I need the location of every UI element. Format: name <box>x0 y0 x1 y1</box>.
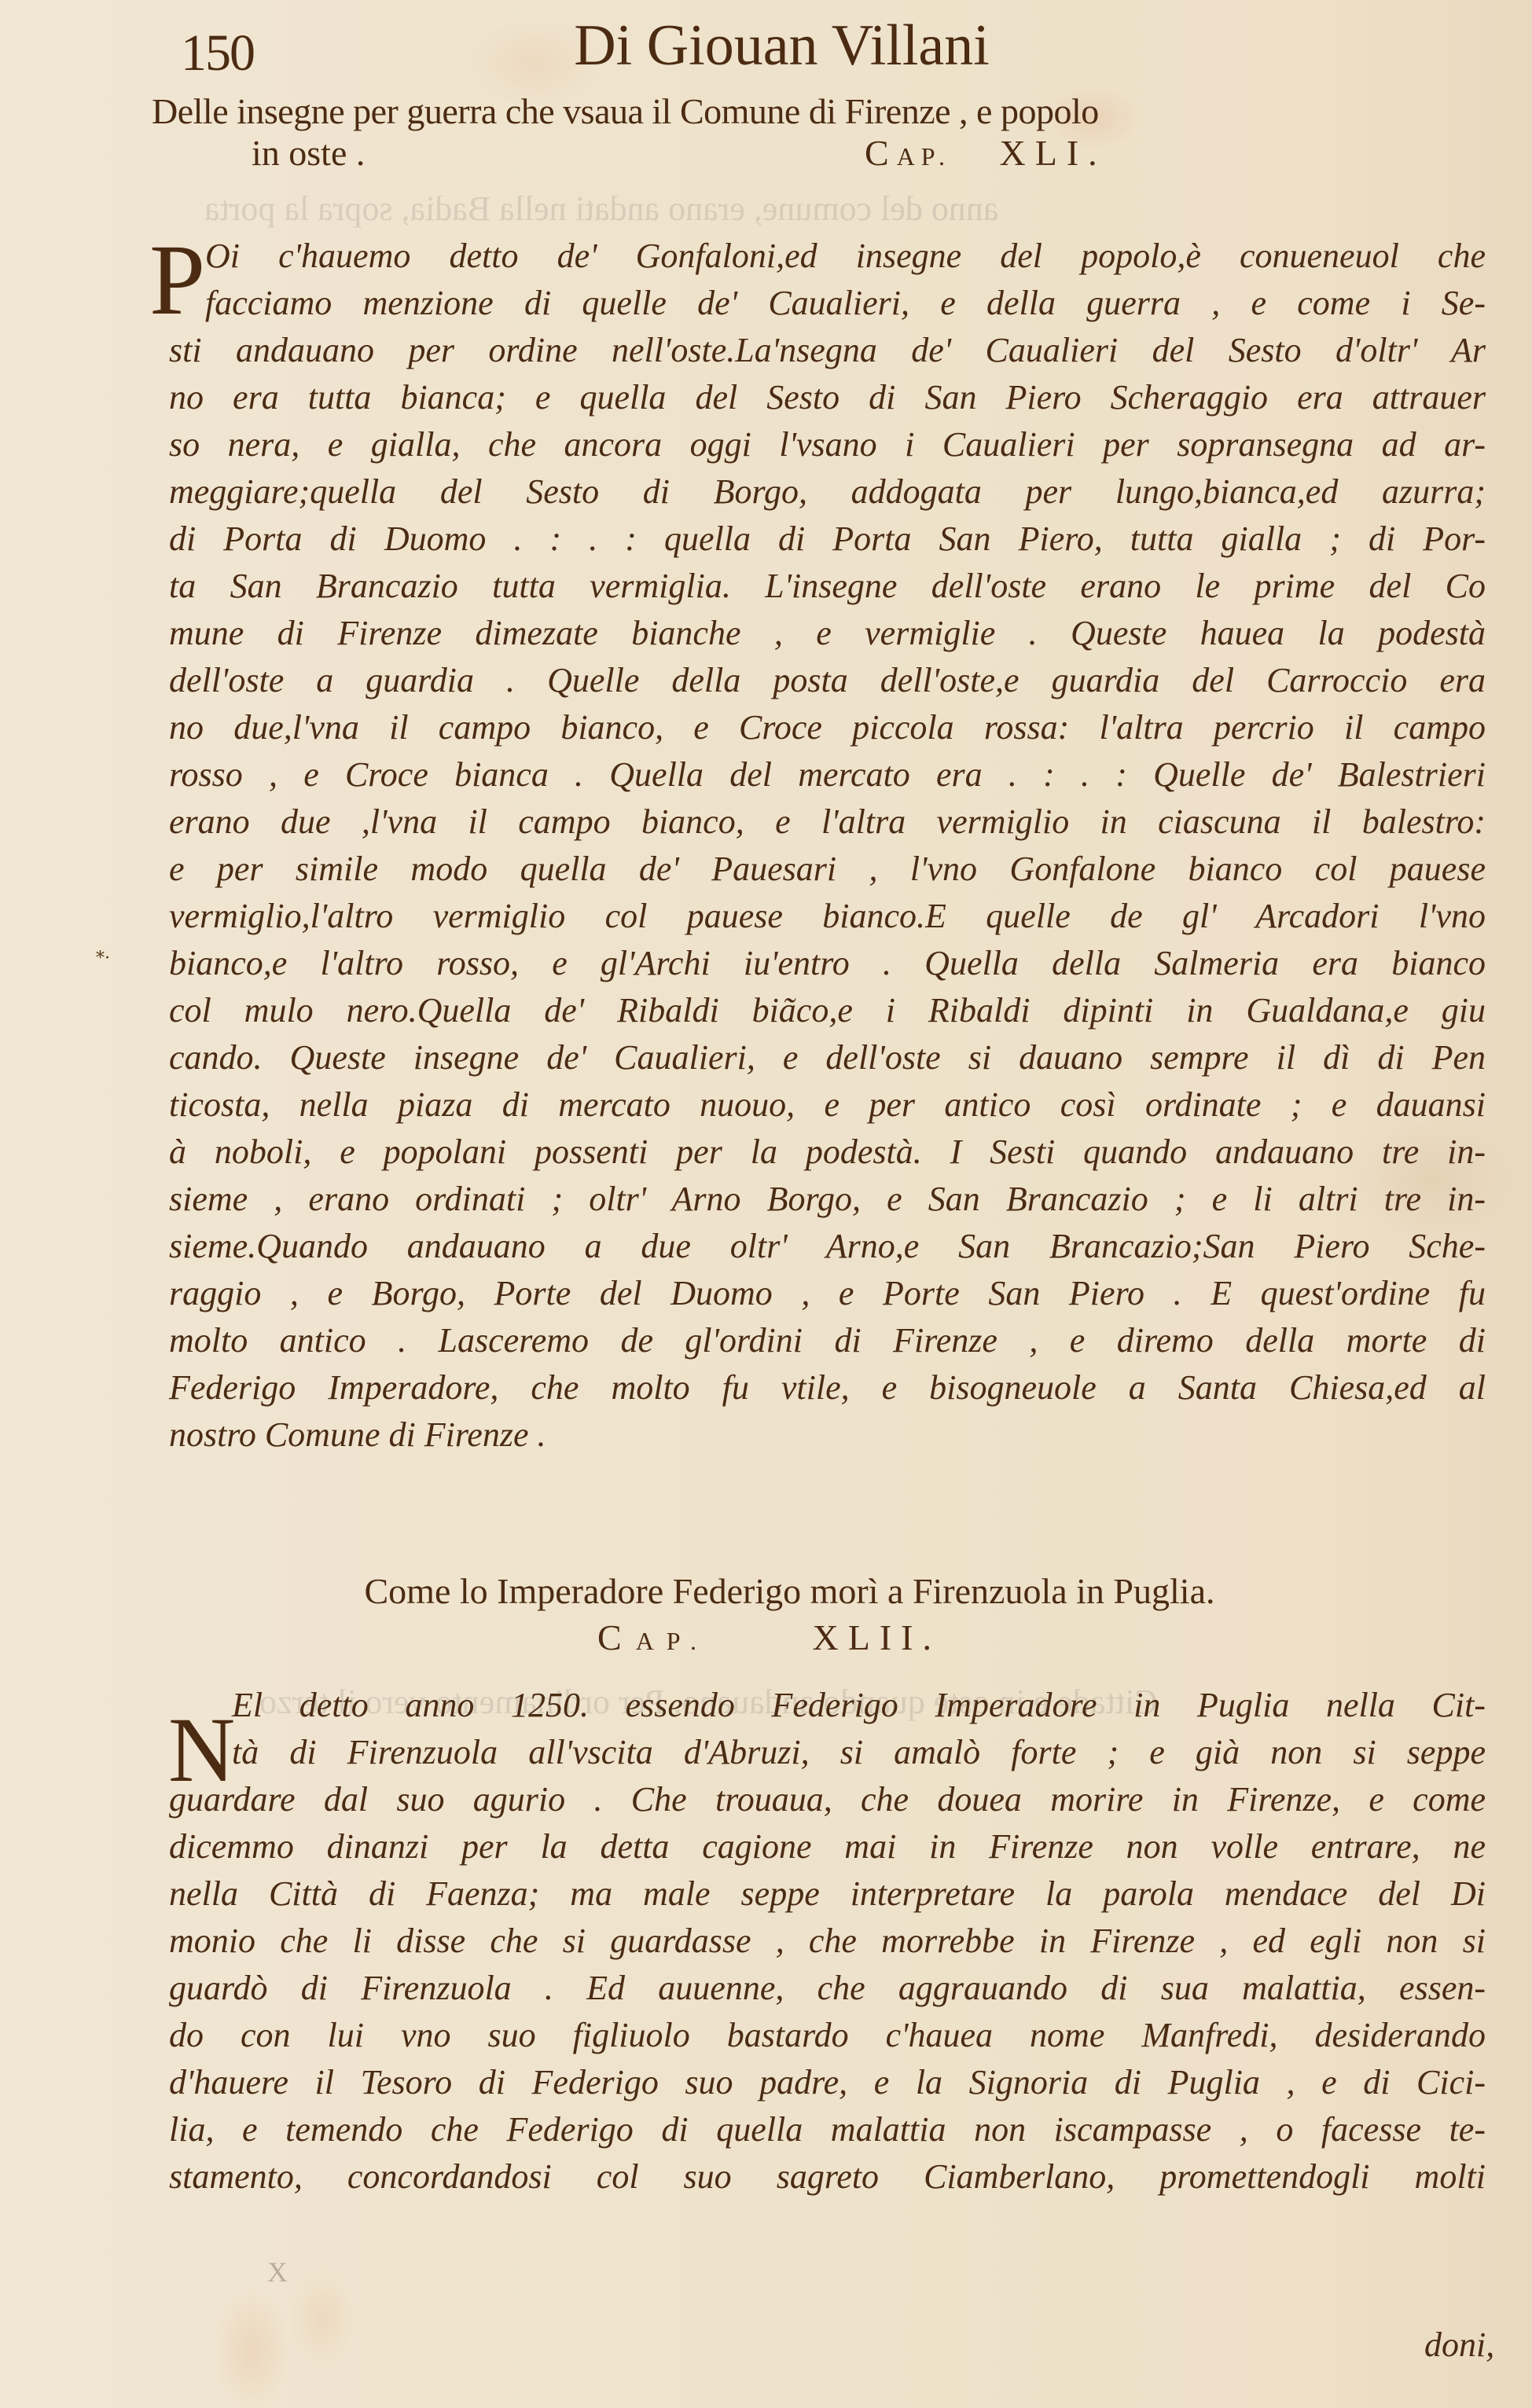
text-line: nostro Comune di Firenze . <box>169 1411 1486 1459</box>
text-line: tà di Firenzuola all'vscita d'Abruzi, si… <box>169 1729 1486 1776</box>
text-line: e per simile modo quella de' Pauesari , … <box>169 846 1486 893</box>
text-line: guardò di Firenzuola . Ed auuenne, che a… <box>169 1965 1486 2012</box>
chapter-41-number: XLI. <box>1000 133 1107 173</box>
text-line: stamento, concordandosi col suo sagreto … <box>169 2153 1486 2201</box>
cap-rest: AP. <box>636 1627 709 1655</box>
catchword: doni, <box>1424 2325 1494 2365</box>
chapter-42-body: El detto anno 1250. essendo Federigo Imp… <box>169 1682 1486 2201</box>
text-line: facciamo menzione di quelle de' Caualier… <box>169 280 1486 327</box>
text-line: dicemmo dinanzi per la detta cagione mai… <box>169 1823 1486 1870</box>
text-line: sieme , erano ordinati ; oltr' Arno Borg… <box>169 1176 1486 1223</box>
text-line: meggiare;quella del Sesto di Borgo, addo… <box>169 468 1486 516</box>
text-line: lia, e temendo che Federigo di quella ma… <box>169 2106 1486 2153</box>
text-line: Oi c'hauemo detto de' Gonfaloni,ed inseg… <box>169 233 1486 280</box>
show-through-text: anno del comune, erano andati nella Badi… <box>204 189 998 229</box>
chapter-41-body: Oi c'hauemo detto de' Gonfaloni,ed inseg… <box>169 233 1486 1459</box>
text-line: raggio , e Borgo, Porte del Duomo , e Po… <box>169 1270 1486 1317</box>
text-line: col mulo nero.Quella de' Ribaldi biãco,e… <box>169 987 1486 1034</box>
text-line: rosso , e Croce bianca . Quella del merc… <box>169 751 1486 798</box>
text-line: sieme.Quando andauano a due oltr' Arno,e… <box>169 1223 1486 1270</box>
cap-c: C <box>597 1617 636 1657</box>
margin-asterisk-mark: *· <box>96 949 110 968</box>
chapter-42-number: XLII. <box>813 1617 941 1657</box>
text-line: guardare dal suo agurio . Che trouaua, c… <box>169 1776 1486 1823</box>
signature-mark: X <box>267 2256 288 2289</box>
text-line: mune di Firenze dimezate bianche , e ver… <box>169 610 1486 657</box>
book-page: anno del comune, erano andati nella Badi… <box>0 0 1532 2408</box>
text-line: Federigo Imperadore, che molto fu vtile,… <box>169 1364 1486 1411</box>
text-line: bianco,e l'altro rosso, e gl'Archi iu'en… <box>169 940 1486 987</box>
chapter-42-cap-label: CAP. XLII. <box>597 1617 941 1658</box>
text-line: dell'oste a guardia . Quelle della posta… <box>169 657 1486 704</box>
text-line: ticosta, nella piaza di mercato nuouo, e… <box>169 1081 1486 1129</box>
text-line: so nera, e gialla, che ancora oggi l'vsa… <box>169 421 1486 468</box>
chapter-41-title-line-1: Delle insegne per guerra che vsaua il Co… <box>152 90 1488 132</box>
text-line: do con lui vno suo figliuolo bastardo c'… <box>169 2012 1486 2059</box>
text-line: vermiglio,l'altro vermiglio col pauese b… <box>169 893 1486 940</box>
text-line: cando. Queste insegne de' Caualieri, e d… <box>169 1034 1486 1081</box>
text-line: ta San Brancazio tutta vermiglia. L'inse… <box>169 563 1486 610</box>
text-line: no era tutta bianca; e quella del Sesto … <box>169 374 1486 421</box>
text-line: erano due ,l'vna il campo bianco, e l'al… <box>169 798 1486 846</box>
text-line: di Porta di Duomo . : . : quella di Port… <box>169 516 1486 563</box>
text-line: nella Città di Faenza; ma male seppe int… <box>169 1870 1486 1918</box>
text-line: à noboli, e popolani possenti per la pod… <box>169 1129 1486 1176</box>
running-title: Di Giouan Villani <box>0 13 1532 79</box>
text-line: sti andauano per ordine nell'oste.La'nse… <box>169 327 1486 374</box>
text-line: d'hauere il Tesoro di Federigo suo padre… <box>169 2059 1486 2106</box>
text-line: El detto anno 1250. essendo Federigo Imp… <box>169 1682 1486 1729</box>
text-line: no due,l'vna il campo bianco, e Croce pi… <box>169 704 1486 751</box>
chapter-41-cap-label: CAP. XLI. <box>865 132 1107 174</box>
chapter-41-title-line-2: in oste . <box>252 132 365 174</box>
text-line: monio che li disse che si guardasse , ch… <box>169 1918 1486 1965</box>
text-line: molto antico . Lasceremo de gl'ordini di… <box>169 1317 1486 1364</box>
chapter-42-title: Come lo Imperadore Federigo morì a Firen… <box>0 1570 1532 1612</box>
cap-rest: AP. <box>897 142 951 171</box>
cap-c: C <box>865 133 897 173</box>
